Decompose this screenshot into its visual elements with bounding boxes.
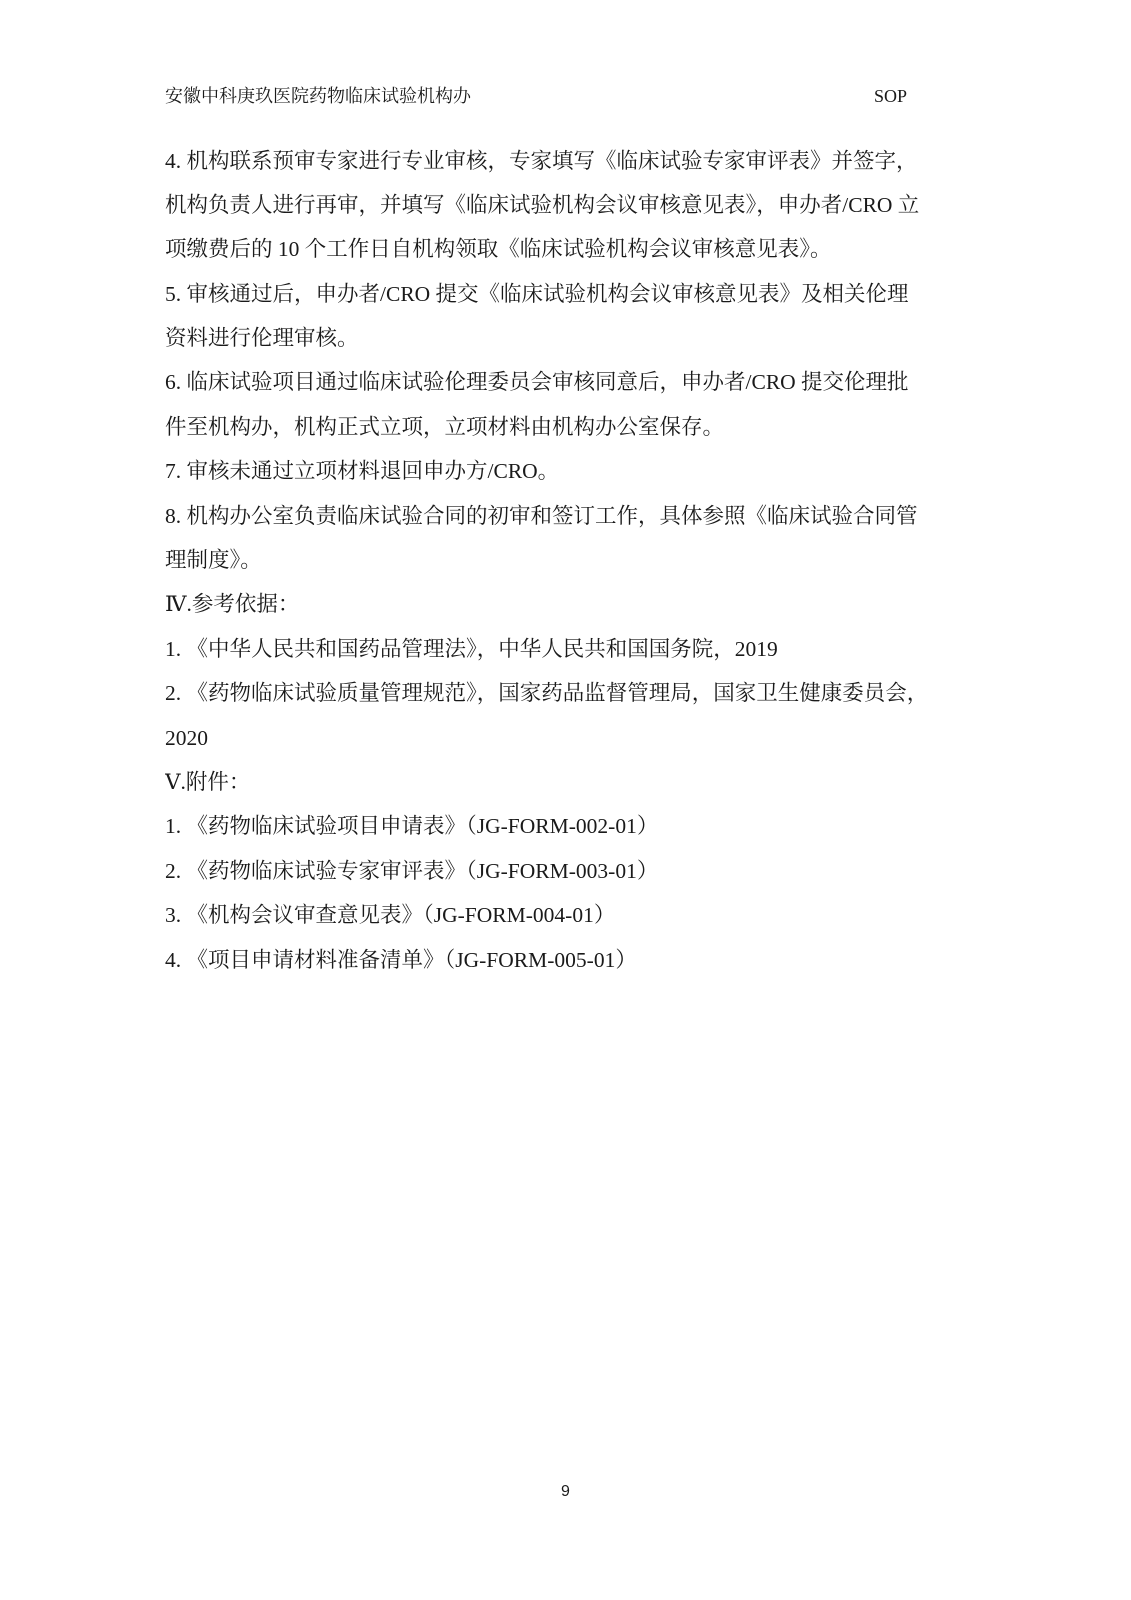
text-line-reference-2b: 2020: [165, 716, 1005, 760]
text-line-attachment-2: 2. 《药物临床试验专家审评表》（JG-FORM-003-01）: [165, 849, 1005, 893]
page-number: 9: [561, 1483, 570, 1500]
text-line-step4-2: 机构负责人进行再审，并填写《临床试验机构会议审核意见表》，申办者/CRO 立: [165, 183, 1005, 227]
text-line-step8-1: 8. 机构办公室负责临床试验合同的初审和签订工作，具体参照《临床试验合同管: [165, 494, 1005, 538]
text-line-step4-1: 4. 机构联系预审专家进行专业审核，专家填写《临床试验专家审评表》并签字，: [165, 139, 1005, 183]
text-line-reference-1: 1. 《中华人民共和国药品管理法》，中华人民共和国国务院，2019: [165, 627, 1005, 671]
text-line-attachment-4: 4. 《项目申请材料准备清单》（JG-FORM-005-01）: [165, 938, 1005, 982]
text-line-attachment-1: 1. 《药物临床试验项目申请表》（JG-FORM-002-01）: [165, 804, 1005, 848]
text-line-reference-2a: 2. 《药物临床试验质量管理规范》，国家药品监督管理局，国家卫生健康委员会，: [165, 671, 1005, 715]
text-line-step5-2: 资料进行伦理审核。: [165, 316, 1005, 360]
header-institution-title: 安徽中科庚玖医院药物临床试验机构办: [165, 84, 471, 108]
text-line-step6-2: 件至机构办，机构正式立项，立项材料由机构办公室保存。: [165, 405, 1005, 449]
text-line-step4-3: 项缴费后的 10 个工作日自机构领取《临床试验机构会议审核意见表》。: [165, 227, 1005, 271]
header-doc-type-label: SOP: [874, 84, 907, 108]
text-line-step5-1: 5. 审核通过后，申办者/CRO 提交《临床试验机构会议审核意见表》及相关伦理: [165, 272, 1005, 316]
document-body: 4. 机构联系预审专家进行专业审核，专家填写《临床试验专家审评表》并签字， 机构…: [165, 139, 1005, 982]
section-heading-references: Ⅳ.参考依据：: [165, 582, 1005, 626]
page-footer: 9: [0, 1482, 1131, 1502]
text-line-step7: 7. 审核未通过立项材料退回申办方/CRO。: [165, 449, 1005, 493]
document-page: 安徽中科庚玖医院药物临床试验机构办 SOP 4. 机构联系预审专家进行专业审核，…: [0, 0, 1131, 1600]
section-heading-attachments: Ⅴ.附件：: [165, 760, 1005, 804]
page-header: 安徽中科庚玖医院药物临床试验机构办 SOP: [165, 84, 907, 108]
text-line-step6-1: 6. 临床试验项目通过临床试验伦理委员会审核同意后，申办者/CRO 提交伦理批: [165, 360, 1005, 404]
text-line-step8-2: 理制度》。: [165, 538, 1005, 582]
text-line-attachment-3: 3. 《机构会议审查意见表》（JG-FORM-004-01）: [165, 893, 1005, 937]
